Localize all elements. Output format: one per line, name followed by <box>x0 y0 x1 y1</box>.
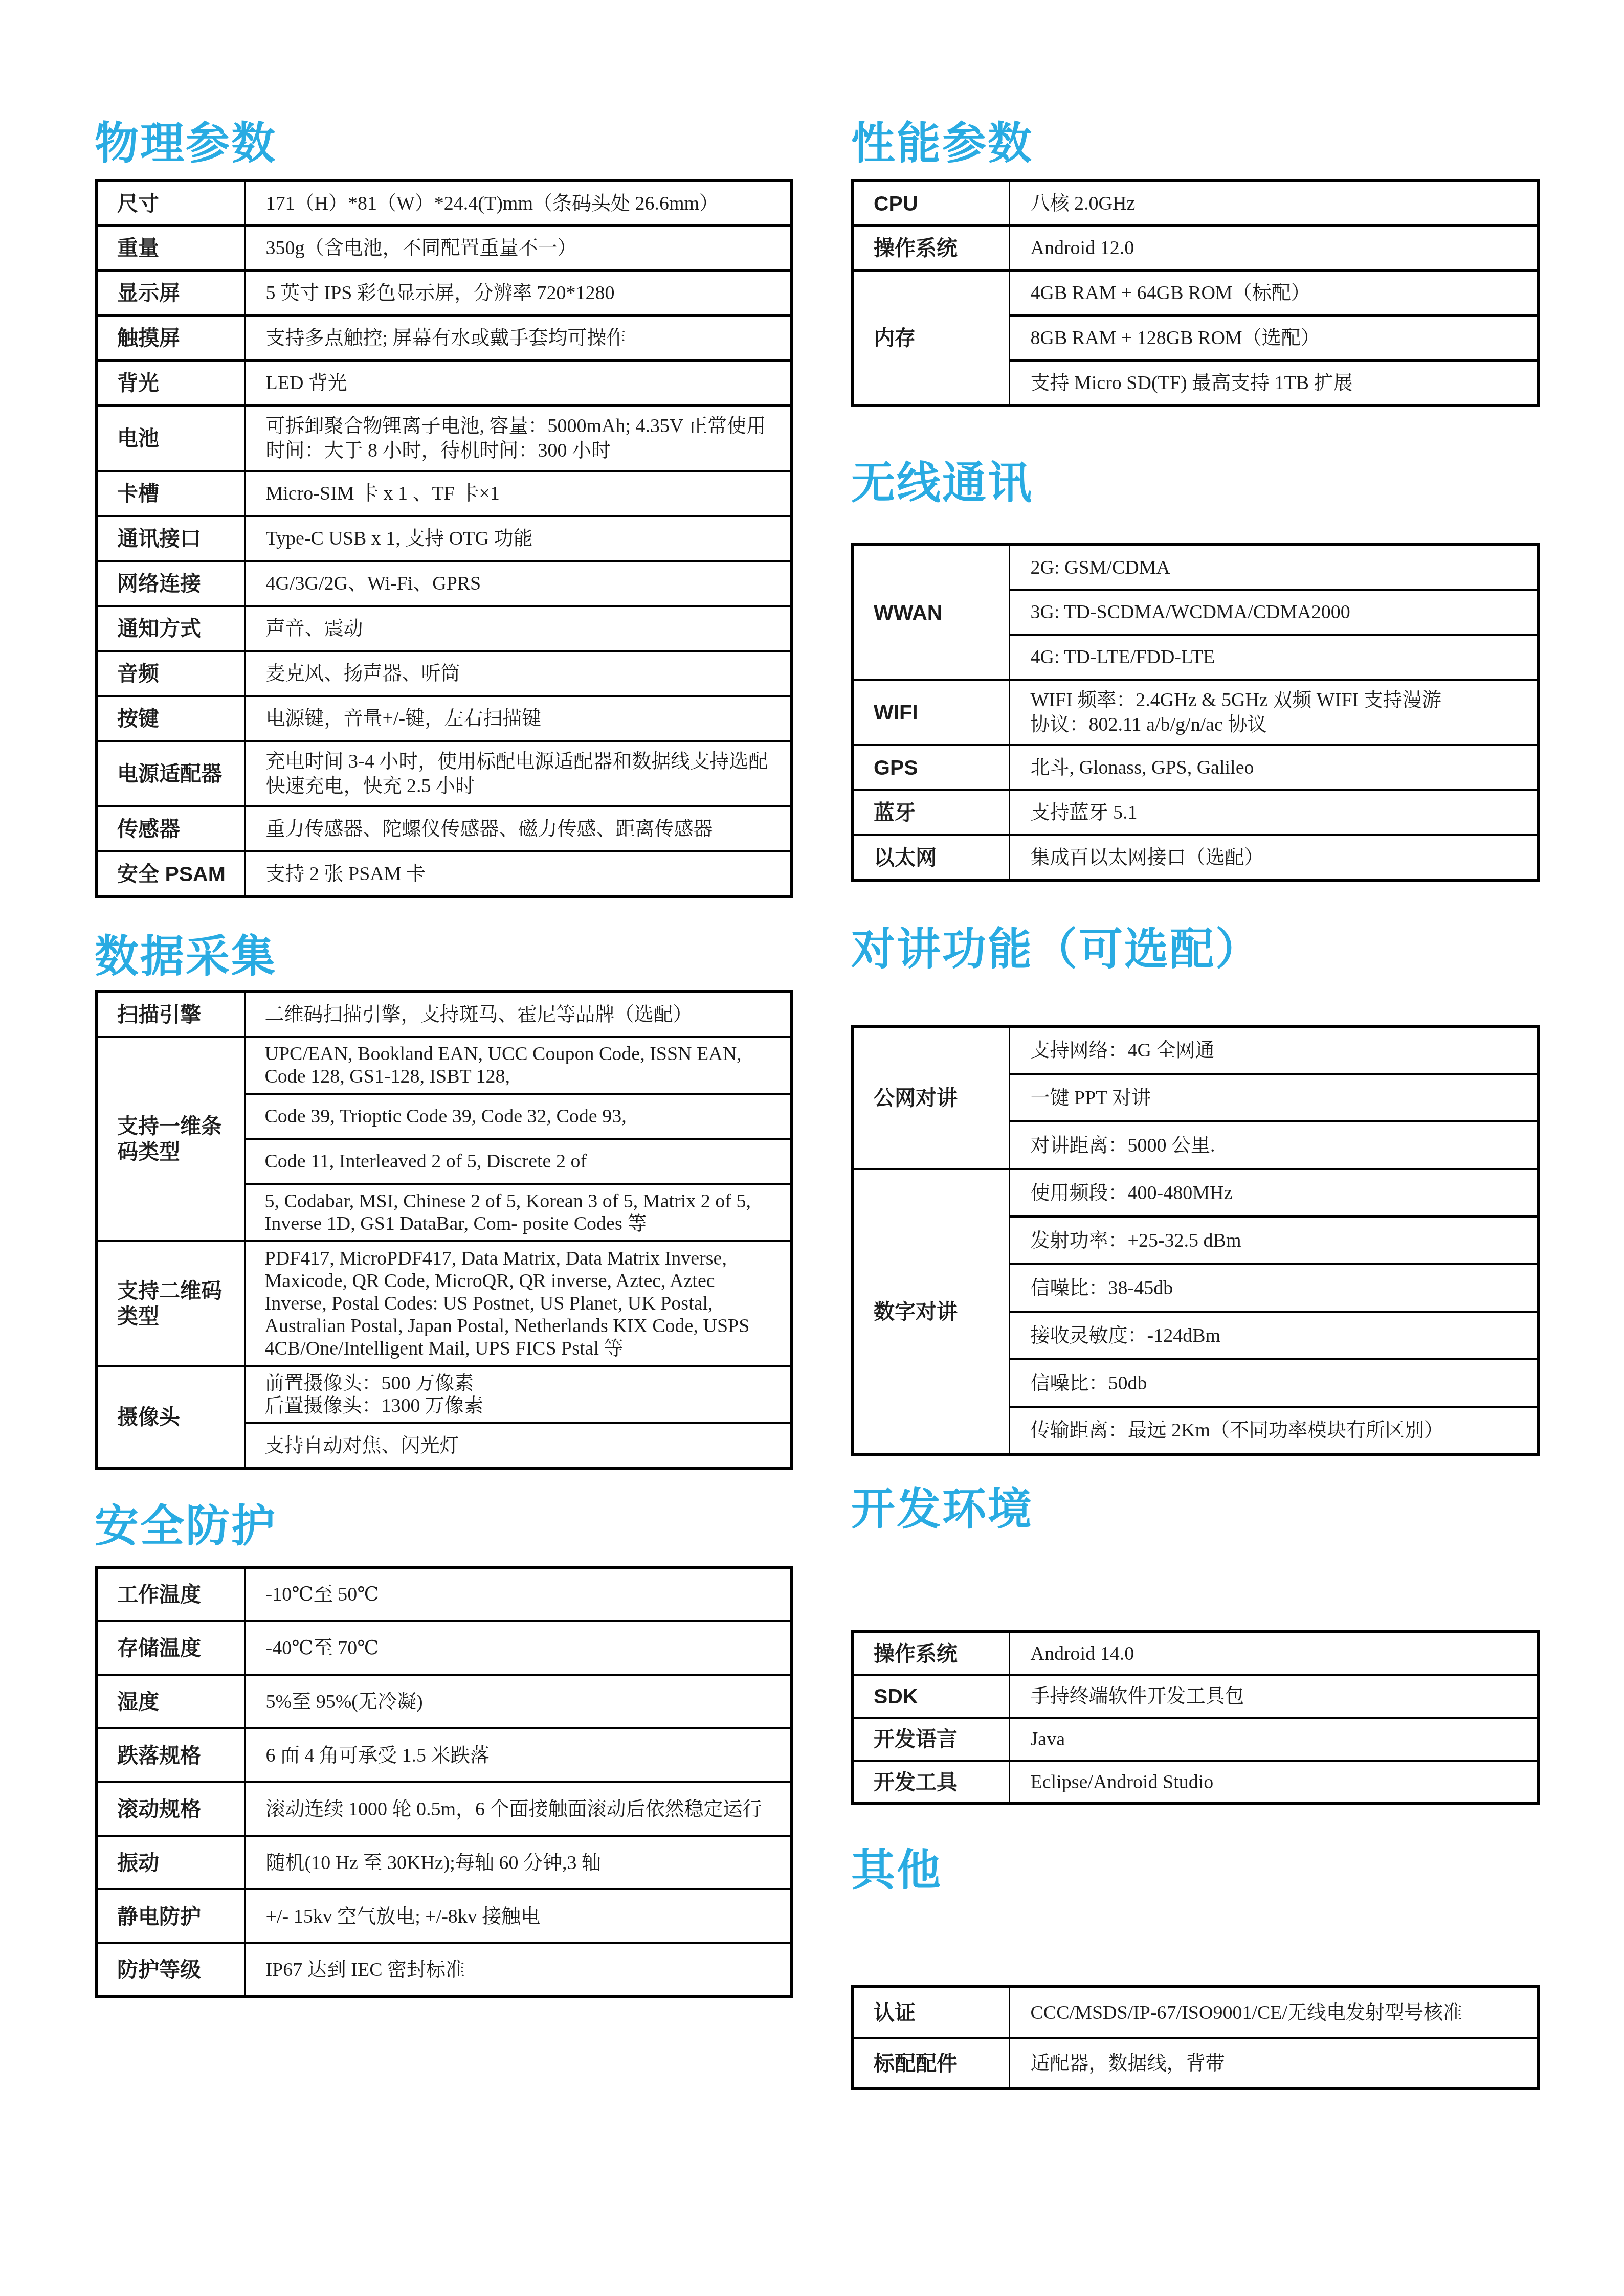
spec-row-label: 开发语言 <box>853 1718 1009 1761</box>
spec-row-value: 2G: GSM/CDMA <box>1009 545 1538 590</box>
spec-row-value: 发射功率：+25-32.5 dBm <box>1009 1217 1538 1264</box>
spec-row: 标配配件适配器，数据线，背带 <box>853 2038 1538 2089</box>
spec-row: 重量350g（含电池，不同配置重量不一） <box>96 226 792 271</box>
section-dev-environment: 开发环境 操作系统Android 14.0SDK手持终端软件开发工具包开发语言J… <box>851 1488 1540 1805</box>
spec-row-label: 支持一维条码类型 <box>96 1037 244 1241</box>
spec-row-label: 操作系统 <box>853 1632 1009 1675</box>
spec-row-value: 二维码扫描引擎，支持斑马、霍尼等品牌（选配） <box>244 992 792 1037</box>
spec-row-label: 工作温度 <box>96 1567 244 1621</box>
spec-row-label: 安全 PSAM <box>96 851 244 896</box>
spec-row-value: 支持自动对焦、闪光灯 <box>244 1423 792 1468</box>
spec-row-value: 5, Codabar, MSI, Chinese 2 of 5, Korean … <box>244 1184 792 1241</box>
spec-row-label: 按键 <box>96 696 244 741</box>
section-wireless-comm: 无线通讯 WWAN2G: GSM/CDMA3G: TD-SCDMA/WCDMA/… <box>851 461 1540 882</box>
spec-row: 认证CCC/MSDS/IP-67/ISO9001/CE/无线电发射型号核准 <box>853 1987 1538 2038</box>
section-others: 其他 认证CCC/MSDS/IP-67/ISO9001/CE/无线电发射型号核准… <box>851 1849 1540 2090</box>
right-column: 性能参数 CPU八核 2.0GHz操作系统Android 12.0内存4GB R… <box>851 122 1540 2296</box>
spec-row-value: 5 英寸 IPS 彩色显示屏，分辨率 720*1280 <box>244 271 792 316</box>
safety-protection-title: 安全防护 <box>95 1504 793 1548</box>
spec-row-label: 跌落规格 <box>96 1728 244 1782</box>
spec-row-value: Android 14.0 <box>1009 1632 1538 1675</box>
spec-row: WIFIWIFI 频率：2.4GHz & 5GHz 双频 WIFI 支持漫游 协… <box>853 680 1538 745</box>
spec-row-label: 摄像头 <box>96 1366 244 1468</box>
spec-row-value: Code 11, Interleaved 2 of 5, Discrete 2 … <box>244 1139 792 1184</box>
spec-row-label: 音频 <box>96 651 244 696</box>
spec-row: GPS北斗, Glonass, GPS, Galileo <box>853 745 1538 790</box>
wireless-comm-table: WWAN2G: GSM/CDMA3G: TD-SCDMA/WCDMA/CDMA2… <box>851 543 1540 882</box>
spec-row-value: -40℃至 70℃ <box>244 1621 792 1675</box>
spec-row-value: 手持终端软件开发工具包 <box>1009 1675 1538 1718</box>
spec-row: 支持一维条码类型UPC/EAN, Bookland EAN, UCC Coupo… <box>96 1037 792 1094</box>
spec-row-label: 湿度 <box>96 1675 244 1728</box>
data-collection-title: 数据采集 <box>95 935 793 979</box>
spec-row: 以太网集成百以太网接口（选配） <box>853 835 1538 880</box>
spec-row: CPU八核 2.0GHz <box>853 181 1538 226</box>
spec-row-label: 重量 <box>96 226 244 271</box>
spec-row-label: 以太网 <box>853 835 1009 880</box>
spec-row-value: 适配器，数据线，背带 <box>1009 2038 1538 2089</box>
spec-row-value: 声音、震动 <box>244 606 792 651</box>
left-column: 物理参数 尺寸171（H）*81（W）*24.4(T)mm（条码头处 26.6m… <box>95 122 793 2296</box>
spec-row-label: 标配配件 <box>853 2038 1009 2089</box>
section-intercom-function: 对讲功能（可选配） 公网对讲支持网络：4G 全网通一键 PPT 对讲对讲距离：5… <box>851 928 1540 1456</box>
spec-row-value: 八核 2.0GHz <box>1009 181 1538 226</box>
spec-row-label: 开发工具 <box>853 1761 1009 1804</box>
spec-row-label: 电源适配器 <box>96 741 244 806</box>
spec-row-value: LED 背光 <box>244 361 792 406</box>
spec-row-label: 公网对讲 <box>853 1026 1009 1169</box>
spec-row: 网络连接4G/3G/2G、Wi-Fi、GPRS <box>96 561 792 606</box>
spec-row-value: 信噪比：38-45db <box>1009 1264 1538 1312</box>
spec-row: 滚动规格滚动连续 1000 轮 0.5m，6 个面接触面滚动后依然稳定运行 <box>96 1782 792 1836</box>
spec-row: 显示屏5 英寸 IPS 彩色显示屏，分辨率 720*1280 <box>96 271 792 316</box>
spec-row-value: +/- 15kv 空气放电; +/-8kv 接触电 <box>244 1889 792 1943</box>
spec-row: 操作系统Android 12.0 <box>853 226 1538 271</box>
spec-row-value: Java <box>1009 1718 1538 1761</box>
spec-row-label: 振动 <box>96 1836 244 1889</box>
spec-row-value: 4GB RAM + 64GB ROM（标配） <box>1009 271 1538 316</box>
spec-row: 通讯接口Type-C USB x 1, 支持 OTG 功能 <box>96 516 792 561</box>
intercom-function-table: 公网对讲支持网络：4G 全网通一键 PPT 对讲对讲距离：5000 公里.数字对… <box>851 1025 1540 1456</box>
spec-row-value: 支持多点触控; 屏幕有水或戴手套均可操作 <box>244 316 792 361</box>
spec-row: WWAN2G: GSM/CDMA <box>853 545 1538 590</box>
spec-row: 电池可拆卸聚合物锂离子电池, 容量：5000mAh; 4.35V 正常使用时间：… <box>96 406 792 471</box>
spec-row-label: 操作系统 <box>853 226 1009 271</box>
spec-row-value: -10℃至 50℃ <box>244 1567 792 1621</box>
spec-row-label: 网络连接 <box>96 561 244 606</box>
spec-row-value: 支持蓝牙 5.1 <box>1009 790 1538 835</box>
spec-row-value: 4G/3G/2G、Wi-Fi、GPRS <box>244 561 792 606</box>
performance-params-table: CPU八核 2.0GHz操作系统Android 12.0内存4GB RAM + … <box>851 179 1540 407</box>
spec-row-value: CCC/MSDS/IP-67/ISO9001/CE/无线电发射型号核准 <box>1009 1987 1538 2038</box>
spec-row: 跌落规格6 面 4 角可承受 1.5 米跌落 <box>96 1728 792 1782</box>
spec-row-value: Android 12.0 <box>1009 226 1538 271</box>
spec-row-label: CPU <box>853 181 1009 226</box>
spec-row-value: Type-C USB x 1, 支持 OTG 功能 <box>244 516 792 561</box>
spec-row-value: 滚动连续 1000 轮 0.5m，6 个面接触面滚动后依然稳定运行 <box>244 1782 792 1836</box>
spec-row-label: 滚动规格 <box>96 1782 244 1836</box>
spec-row-value: 传输距离：最远 2Km（不同功率模块有所区别） <box>1009 1407 1538 1454</box>
others-title: 其他 <box>851 1849 1540 1893</box>
spec-row-value: 前置摄像头：500 万像素 后置摄像头：1300 万像素 <box>244 1366 792 1423</box>
spec-row: 内存4GB RAM + 64GB ROM（标配） <box>853 271 1538 316</box>
spec-row-value: 3G: TD-SCDMA/WCDMA/CDMA2000 <box>1009 590 1538 635</box>
spec-row-value: 支持 2 张 PSAM 卡 <box>244 851 792 896</box>
spec-row: 操作系统Android 14.0 <box>853 1632 1538 1675</box>
spec-row-label: 尺寸 <box>96 181 244 226</box>
spec-row-value: 北斗, Glonass, GPS, Galileo <box>1009 745 1538 790</box>
spec-row: 通知方式声音、震动 <box>96 606 792 651</box>
spec-row: 摄像头前置摄像头：500 万像素 后置摄像头：1300 万像素 <box>96 1366 792 1423</box>
spec-row-value: 支持网络：4G 全网通 <box>1009 1026 1538 1074</box>
spec-row-value: 接收灵敏度：-124dBm <box>1009 1312 1538 1359</box>
spec-row-label: 电池 <box>96 406 244 471</box>
spec-row: 开发语言Java <box>853 1718 1538 1761</box>
spec-row-value: 可拆卸聚合物锂离子电池, 容量：5000mAh; 4.35V 正常使用时间：大于… <box>244 406 792 471</box>
spec-row-value: 8GB RAM + 128GB ROM（选配） <box>1009 316 1538 361</box>
dev-environment-table: 操作系统Android 14.0SDK手持终端软件开发工具包开发语言Java开发… <box>851 1630 1540 1805</box>
spec-row-label: 通知方式 <box>96 606 244 651</box>
wireless-comm-title: 无线通讯 <box>851 461 1540 505</box>
physical-params-title: 物理参数 <box>95 122 793 166</box>
physical-params-table: 尺寸171（H）*81（W）*24.4(T)mm（条码头处 26.6mm）重量3… <box>95 179 793 898</box>
spec-row-label: 显示屏 <box>96 271 244 316</box>
spec-row: 公网对讲支持网络：4G 全网通 <box>853 1026 1538 1074</box>
spec-row-label: 通讯接口 <box>96 516 244 561</box>
spec-row-value: 5%至 95%(无冷凝) <box>244 1675 792 1728</box>
spec-row-value: PDF417, MicroPDF417, Data Matrix, Data M… <box>244 1241 792 1366</box>
spec-row-value: 对讲距离：5000 公里. <box>1009 1121 1538 1169</box>
spec-sheet-page: 物理参数 尺寸171（H）*81（W）*24.4(T)mm（条码头处 26.6m… <box>0 0 1624 2296</box>
spec-row-label: 数字对讲 <box>853 1169 1009 1454</box>
spec-row: 传感器重力传感器、陀螺仪传感器、磁力传感、距离传感器 <box>96 806 792 851</box>
spec-row-value: Eclipse/Android Studio <box>1009 1761 1538 1804</box>
spec-row-value: 随机(10 Hz 至 30KHz);每轴 60 分钟,3 轴 <box>244 1836 792 1889</box>
spec-row-value: 信噪比：50db <box>1009 1359 1538 1407</box>
spec-row-label: 蓝牙 <box>853 790 1009 835</box>
spec-row-value: 171（H）*81（W）*24.4(T)mm（条码头处 26.6mm） <box>244 181 792 226</box>
spec-row-label: 触摸屏 <box>96 316 244 361</box>
section-data-collection: 数据采集 扫描引擎二维码扫描引擎，支持斑马、霍尼等品牌（选配）支持一维条码类型U… <box>95 935 793 1470</box>
spec-row: SDK手持终端软件开发工具包 <box>853 1675 1538 1718</box>
spec-row-value: 6 面 4 角可承受 1.5 米跌落 <box>244 1728 792 1782</box>
spec-row: 音频麦克风、扬声器、听筒 <box>96 651 792 696</box>
section-performance-params: 性能参数 CPU八核 2.0GHz操作系统Android 12.0内存4GB R… <box>851 122 1540 407</box>
spec-row-value: 集成百以太网接口（选配） <box>1009 835 1538 880</box>
spec-row-label: 背光 <box>96 361 244 406</box>
spec-row-label: GPS <box>853 745 1009 790</box>
spec-row-label: 存储温度 <box>96 1621 244 1675</box>
spec-row-label: 内存 <box>853 271 1009 406</box>
spec-row-value: UPC/EAN, Bookland EAN, UCC Coupon Code, … <box>244 1037 792 1094</box>
spec-row-label: 静电防护 <box>96 1889 244 1943</box>
spec-row-label: 支持二维码类型 <box>96 1241 244 1366</box>
spec-row: 尺寸171（H）*81（W）*24.4(T)mm（条码头处 26.6mm） <box>96 181 792 226</box>
spec-row-value: Micro-SIM 卡 x 1 、TF 卡×1 <box>244 471 792 516</box>
spec-row-label: WWAN <box>853 545 1009 680</box>
dev-environment-title: 开发环境 <box>851 1488 1540 1532</box>
spec-row: 振动随机(10 Hz 至 30KHz);每轴 60 分钟,3 轴 <box>96 1836 792 1889</box>
spec-row-value: WIFI 频率：2.4GHz & 5GHz 双频 WIFI 支持漫游 协议：80… <box>1009 680 1538 745</box>
spec-row: 蓝牙支持蓝牙 5.1 <box>853 790 1538 835</box>
others-table: 认证CCC/MSDS/IP-67/ISO9001/CE/无线电发射型号核准标配配… <box>851 1985 1540 2090</box>
spec-row: 防护等级IP67 达到 IEC 密封标准 <box>96 1943 792 1997</box>
performance-params-title: 性能参数 <box>851 122 1540 166</box>
spec-row-label: WIFI <box>853 680 1009 745</box>
spec-row: 静电防护+/- 15kv 空气放电; +/-8kv 接触电 <box>96 1889 792 1943</box>
spec-row-value: 支持 Micro SD(TF) 最高支持 1TB 扩展 <box>1009 361 1538 406</box>
spec-row-value: Code 39, Trioptic Code 39, Code 32, Code… <box>244 1094 792 1139</box>
section-safety-protection: 安全防护 工作温度-10℃至 50℃存储温度-40℃至 70℃湿度5%至 95%… <box>95 1504 793 1998</box>
spec-row: 扫描引擎二维码扫描引擎，支持斑马、霍尼等品牌（选配） <box>96 992 792 1037</box>
spec-row-value: 350g（含电池，不同配置重量不一） <box>244 226 792 271</box>
spec-row-label: 防护等级 <box>96 1943 244 1997</box>
section-physical-params: 物理参数 尺寸171（H）*81（W）*24.4(T)mm（条码头处 26.6m… <box>95 122 793 898</box>
spec-row-value: 使用频段：400-480MHz <box>1009 1169 1538 1217</box>
spec-row: 数字对讲使用频段：400-480MHz <box>853 1169 1538 1217</box>
spec-row: 支持二维码类型PDF417, MicroPDF417, Data Matrix,… <box>96 1241 792 1366</box>
spec-row: 存储温度-40℃至 70℃ <box>96 1621 792 1675</box>
spec-row-value: 一键 PPT 对讲 <box>1009 1074 1538 1121</box>
data-collection-table: 扫描引擎二维码扫描引擎，支持斑马、霍尼等品牌（选配）支持一维条码类型UPC/EA… <box>95 990 793 1470</box>
intercom-function-title: 对讲功能（可选配） <box>851 928 1540 972</box>
spec-row: 湿度5%至 95%(无冷凝) <box>96 1675 792 1728</box>
spec-row: 卡槽Micro-SIM 卡 x 1 、TF 卡×1 <box>96 471 792 516</box>
spec-row: 背光LED 背光 <box>96 361 792 406</box>
spec-row-label: 认证 <box>853 1987 1009 2038</box>
spec-row-value: IP67 达到 IEC 密封标准 <box>244 1943 792 1997</box>
safety-protection-table: 工作温度-10℃至 50℃存储温度-40℃至 70℃湿度5%至 95%(无冷凝)… <box>95 1566 793 1998</box>
spec-row: 按键电源键，音量+/-键，左右扫描键 <box>96 696 792 741</box>
spec-row-value: 麦克风、扬声器、听筒 <box>244 651 792 696</box>
spec-row: 开发工具Eclipse/Android Studio <box>853 1761 1538 1804</box>
spec-row: 触摸屏支持多点触控; 屏幕有水或戴手套均可操作 <box>96 316 792 361</box>
spec-row-label: 卡槽 <box>96 471 244 516</box>
spec-row-value: 电源键，音量+/-键，左右扫描键 <box>244 696 792 741</box>
spec-row: 工作温度-10℃至 50℃ <box>96 1567 792 1621</box>
spec-row: 电源适配器充电时间 3-4 小时，使用标配电源适配器和数据线支持选配快速充电，快… <box>96 741 792 806</box>
spec-row-value: 4G: TD-LTE/FDD-LTE <box>1009 635 1538 680</box>
spec-row-label: 传感器 <box>96 806 244 851</box>
spec-row-value: 重力传感器、陀螺仪传感器、磁力传感、距离传感器 <box>244 806 792 851</box>
spec-row-value: 充电时间 3-4 小时，使用标配电源适配器和数据线支持选配快速充电，快充 2.5… <box>244 741 792 806</box>
spec-row-label: SDK <box>853 1675 1009 1718</box>
spec-row-label: 扫描引擎 <box>96 992 244 1037</box>
spec-row: 安全 PSAM支持 2 张 PSAM 卡 <box>96 851 792 896</box>
